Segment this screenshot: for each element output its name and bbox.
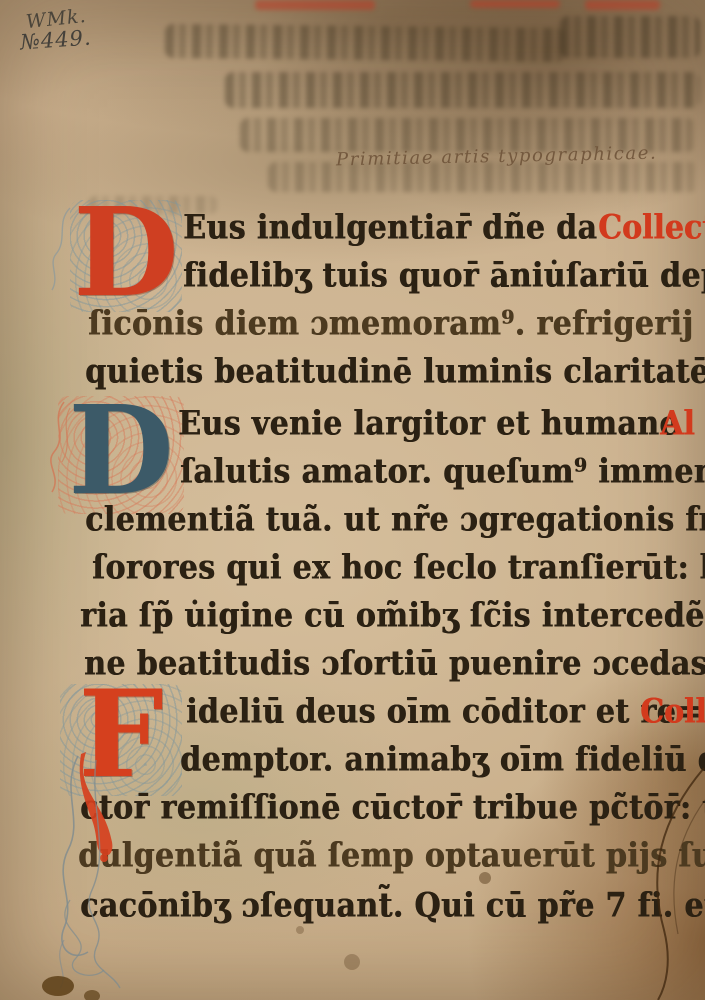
initial-letter-d-blue: D [58, 396, 184, 514]
red-bleed-stain [255, 0, 375, 10]
text-line: Eus indulgentiar̄ dñe da [183, 206, 597, 251]
text-line: quietis beatitudinē luminis claritatē; P [85, 350, 705, 395]
text-line: ria ſp̃ u̇igine cū om̃ibʒ ſc̃is interced… [80, 594, 705, 639]
rubric-collecta: Collecta [598, 206, 705, 251]
ink-blot [42, 976, 74, 996]
text-line: dulgentiã quã ſemp optauerūt pijs ſup [78, 834, 705, 879]
rubric-collecta-2: Coll [640, 690, 705, 735]
red-bleed-stain [585, 0, 660, 10]
manuscript-page: WMk. №449. Primitiae artis typographicae… [0, 0, 705, 1000]
text-line: fidelibʒ tuis quor̄ āniu̇ſariū depo [183, 254, 705, 299]
bleed-through-text [560, 16, 700, 58]
red-bleed-stain [470, 0, 560, 8]
initial-letter-f-red: F [60, 684, 182, 796]
text-line: ſicōnis diem ɔmemoram⁹. refrigerij ſede [88, 302, 705, 347]
rubric-alia: Al [660, 402, 695, 447]
text-line: ne beatitudis ɔſortiū puenire ɔcedas. P [84, 642, 705, 687]
initial-letter-d-red: D [70, 200, 182, 312]
text-line: demptor. animabʒ oīm fideliū defū [180, 738, 705, 783]
text-line: Eus venie largitor et humane [178, 402, 679, 447]
text-line: clementiã tuã. ut nr̃e ɔgregationis frẽs [85, 498, 705, 543]
text-line: ctor̄ remiſſionē cūctor̄ tribue pc̃tōr̄:… [80, 786, 705, 831]
text-line: ideliū deus oīm cōditor et re= [186, 690, 702, 735]
text-line: cacōnibʒ ɔſequant̃. Qui cū pr̃e 7 fi. et [80, 884, 705, 929]
text-line: ſorores qui ex hoc ſeclo tranſierūt: bea… [92, 546, 705, 591]
bleed-through-text [225, 72, 700, 108]
text-line: ſalutis amator. queſum⁹ immen [180, 450, 705, 495]
shelfmark-number: №449. [19, 26, 92, 55]
stain-spot [344, 954, 360, 970]
bleed-through-text [165, 24, 565, 62]
